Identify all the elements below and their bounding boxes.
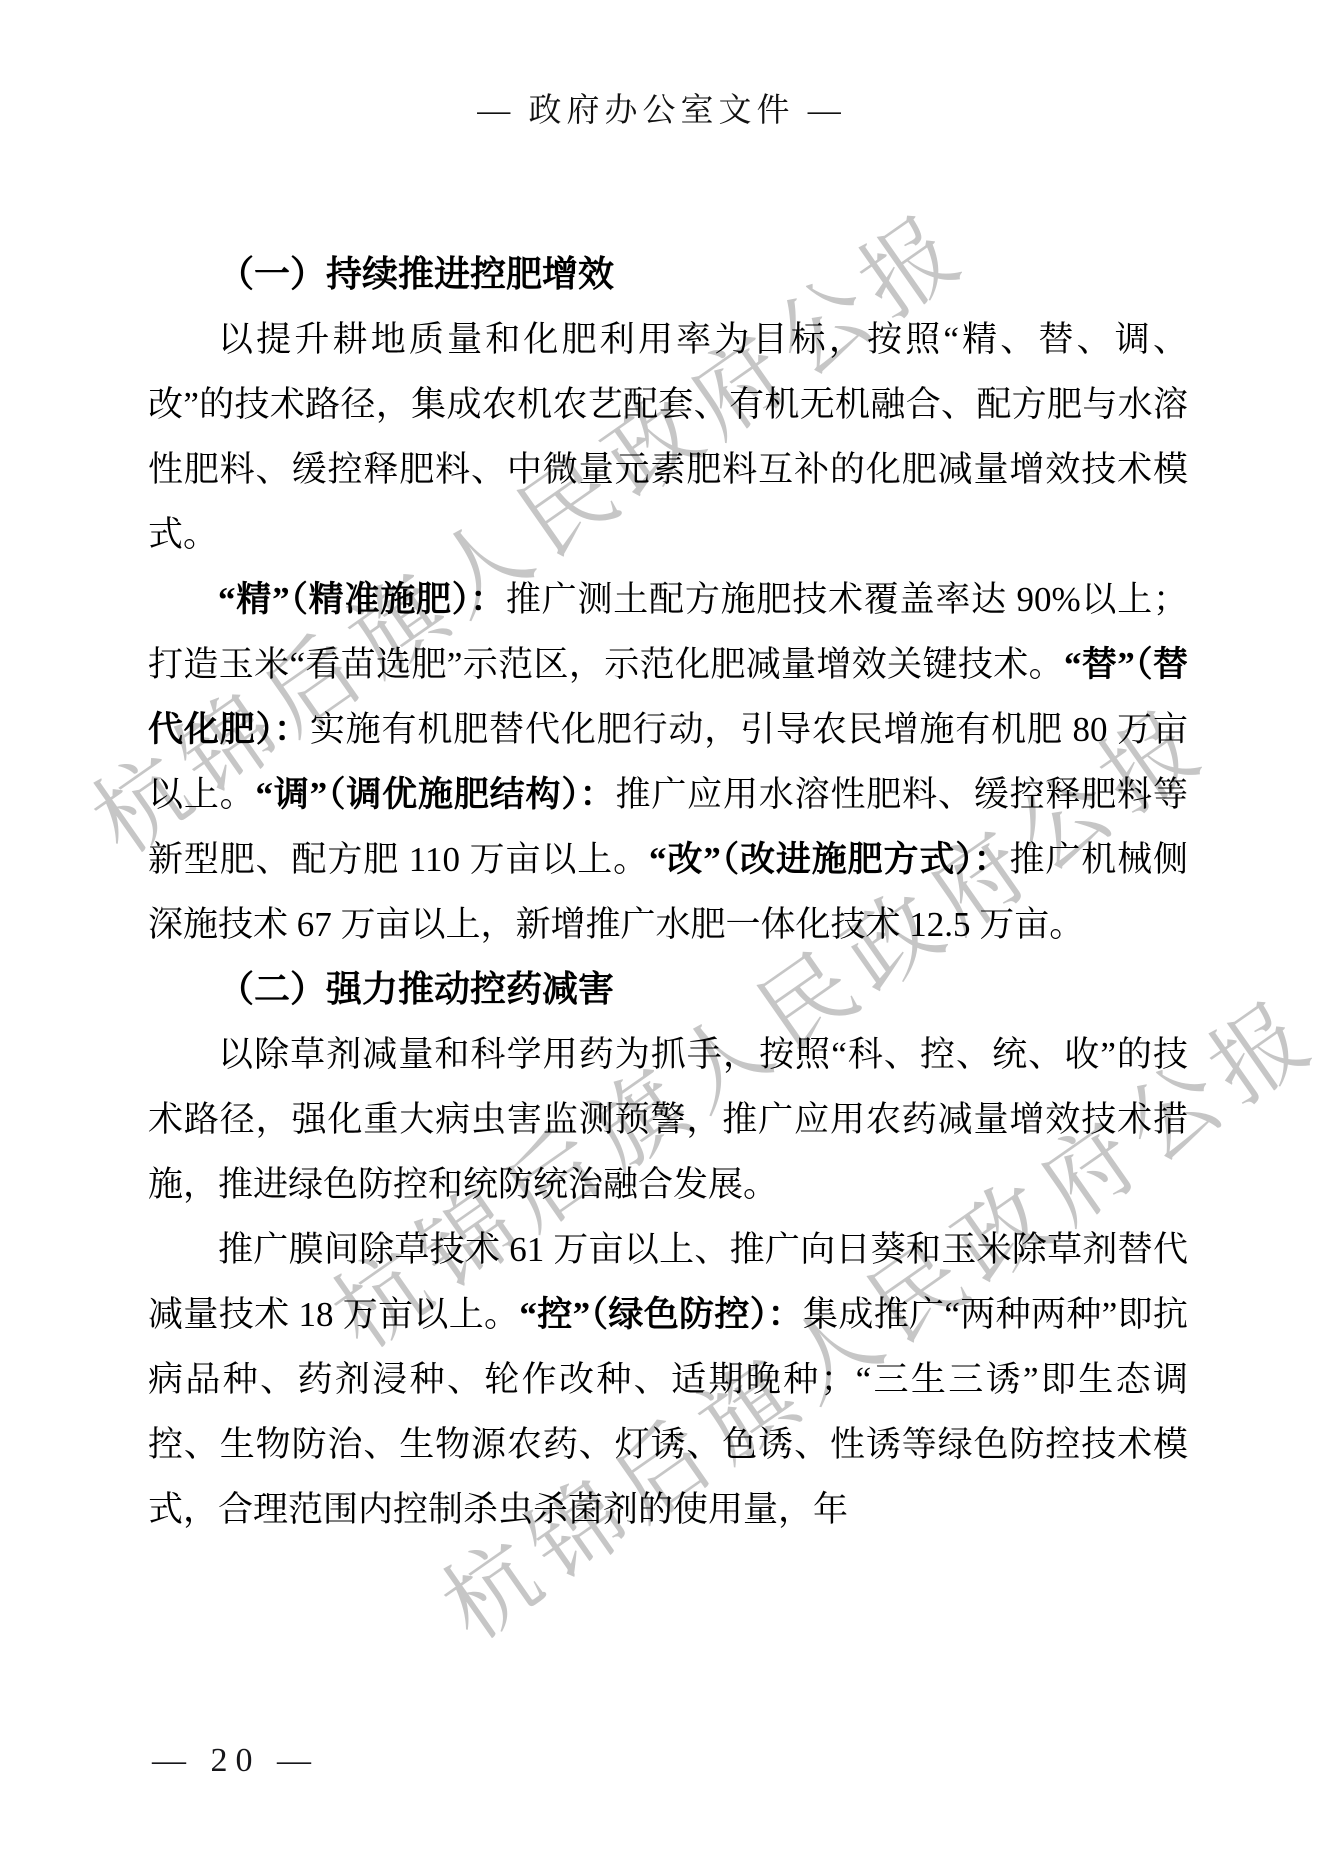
page-header-title: — 政府办公室文件 — xyxy=(0,84,1323,131)
text-run: 以提升耕地质量和化肥利用率为目标，按照“精、替、调、改”的技术路径，集成农机农艺… xyxy=(148,320,1188,554)
paragraph-2: “精”（精准施肥）：推广测土配方施肥技术覆盖率达 90%以上；打造玉米“看苗选肥… xyxy=(148,567,1188,957)
text-run: 以除草剂减量和科学用药为抓手，按照“科、控、统、收”的技术路径，强化重大病虫害监… xyxy=(148,1035,1188,1204)
page-number: — 20 — xyxy=(152,1742,319,1780)
bold-text-run: “精”（精准施肥）： xyxy=(218,580,506,619)
bold-text-run: “改”（改进施肥方式）： xyxy=(649,840,1010,879)
paragraph-4: 推广膜间除草技术 61 万亩以上、推广向日葵和玉米除草剂替代减量技术 18 万亩… xyxy=(148,1217,1188,1542)
paragraph-3: 以除草剂减量和科学用药为抓手，按照“科、控、统、收”的技术路径，强化重大病虫害监… xyxy=(148,1022,1188,1217)
bold-text-run: “调”（调优施肥结构）： xyxy=(256,775,616,814)
section-heading-2: （二）强力推动控药减害 xyxy=(148,957,1188,1022)
bold-text-run: （一）持续推进控肥增效 xyxy=(218,254,614,294)
paragraph-1: 以提升耕地质量和化肥利用率为目标，按照“精、替、调、改”的技术路径，集成农机农艺… xyxy=(148,307,1188,567)
document-body: （一）持续推进控肥增效 以提升耕地质量和化肥利用率为目标，按照“精、替、调、改”… xyxy=(148,242,1188,1542)
bold-text-run: “控”（绿色防控）： xyxy=(519,1295,803,1334)
section-heading-1: （一）持续推进控肥增效 xyxy=(148,242,1188,307)
document-page: 杭锦后旗人民政府公报 杭锦后旗人民政府公报 杭锦后旗人民政府公报 — 政府办公室… xyxy=(0,0,1323,1871)
bold-text-run: （二）强力推动控药减害 xyxy=(218,969,614,1009)
